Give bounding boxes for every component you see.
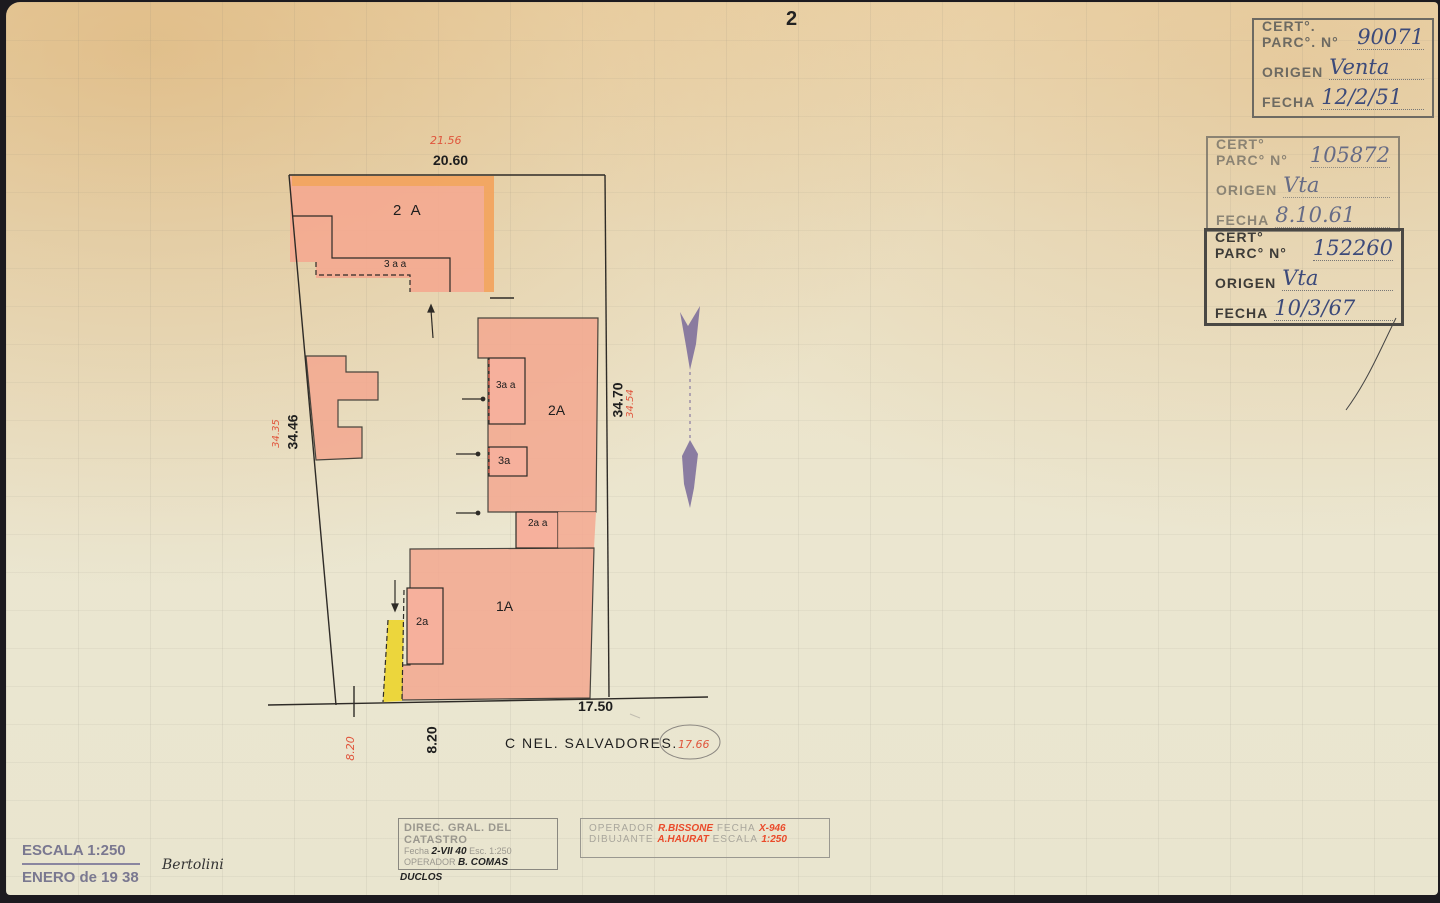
dim-right: 34.70 <box>610 382 626 417</box>
catastro-fecha-value: 2-VII 40 <box>432 846 467 857</box>
building-label: 1A <box>496 598 513 614</box>
stamp-flourish <box>1346 318 1396 410</box>
building-label: 2 A <box>393 202 424 219</box>
cert-number: 105872 <box>1310 143 1390 168</box>
operador-fecha-value: X-946 <box>759 823 786 834</box>
dim-offset: 8.20 <box>424 726 440 753</box>
building-label: 2A <box>548 402 565 418</box>
origen-label: ORIGEN <box>1262 64 1323 80</box>
dim-bottom: 17.50 <box>578 698 613 714</box>
dim-left: 34.46 <box>285 414 301 449</box>
building-label: 2a <box>416 616 428 628</box>
origen-value: Venta <box>1329 55 1424 80</box>
certificate-stamp-3: CERT° PARC° N°152260 ORIGENVta FECHA10/3… <box>1204 228 1404 326</box>
date-label: ENERO de 19 38 <box>22 869 140 886</box>
escala-label: ESCALA <box>713 834 758 845</box>
operador-fecha-label: FECHA <box>717 823 755 834</box>
dim-left-red: 34.35 <box>271 419 282 448</box>
catastro-operador-value: B. COMAS <box>458 857 508 868</box>
catastro-note: DUCLOS <box>400 872 442 883</box>
operador-label: OPERADOR <box>589 823 654 834</box>
dim-offset-red: 8.20 <box>344 736 357 761</box>
building-west <box>306 356 378 460</box>
dibujante-label: DIBUJANTE <box>589 834 654 845</box>
north-arrow-icon <box>680 306 700 508</box>
dibujante-value: A.HAURAT <box>657 834 708 845</box>
fecha-value: 10/3/67 <box>1274 296 1393 321</box>
fecha-label: FECHA <box>1216 212 1269 228</box>
operador-value: R.BISSONE <box>658 823 713 834</box>
catastro-esc-label: Esc. 1:250 <box>469 846 512 856</box>
cert-number: 152260 <box>1313 236 1393 261</box>
signature: Bertolini <box>162 857 224 873</box>
building-2A-center <box>478 318 598 548</box>
cert-label: CERT° PARC° N° <box>1216 136 1304 168</box>
dim-top: 20.60 <box>433 152 468 168</box>
scale-date-block: ESCALA 1:250 ENERO de 19 38 <box>22 842 140 886</box>
origen-value: Vta <box>1283 173 1390 198</box>
certificate-stamp-2: CERT° PARC° N°105872 ORIGENVta FECHA8.10… <box>1206 136 1400 232</box>
street-dim-red: 17.66 <box>678 738 710 751</box>
building-2A-rear <box>290 176 494 292</box>
origen-label: ORIGEN <box>1216 182 1277 198</box>
dim-right-red: 34.54 <box>625 389 636 418</box>
fecha-label: FECHA <box>1262 94 1315 110</box>
dim-top-red: 21.56 <box>430 134 462 147</box>
operador-stamp: OPERADOR R.BISSONE FECHA X-946 DIBUJANTE… <box>580 818 830 858</box>
origen-label: ORIGEN <box>1215 275 1276 291</box>
building-1A-front <box>383 548 594 702</box>
certificate-stamp-1: CERT°. PARC°. N°90071 ORIGENVenta FECHA1… <box>1252 18 1434 118</box>
building-label: 3a <box>498 455 510 467</box>
fecha-label: FECHA <box>1215 305 1268 321</box>
building-label: 2a a <box>528 519 548 529</box>
fecha-value: 12/2/51 <box>1321 85 1424 110</box>
cert-label: CERT°. PARC°. N° <box>1262 18 1351 50</box>
cert-label: CERT° PARC° N° <box>1215 229 1307 261</box>
building-label: 3 a a <box>384 259 406 270</box>
scale-label: ESCALA 1:250 <box>22 842 140 865</box>
fecha-value: 8.10.61 <box>1275 203 1390 228</box>
building-label: 3a a <box>496 380 516 391</box>
cert-number: 90071 <box>1357 25 1424 50</box>
catastro-title: DIREC. GRAL. DEL CATASTRO <box>404 822 552 846</box>
catastro-fecha-label: Fecha <box>404 846 429 856</box>
street-name: C NEL. SALVADORES. <box>505 735 678 751</box>
origen-value: Vta <box>1282 266 1393 291</box>
catastro-operador-label: OPERADOR <box>404 857 456 867</box>
escala-value: 1:250 <box>761 834 787 845</box>
catastro-stamp: DIREC. GRAL. DEL CATASTRO Fecha 2-VII 40… <box>398 818 558 870</box>
